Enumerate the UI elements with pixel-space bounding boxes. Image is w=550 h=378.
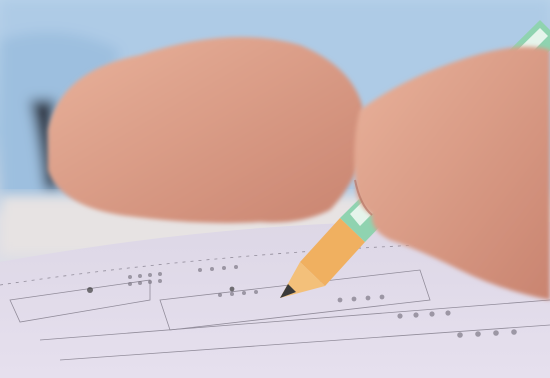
answer-sheet-photo <box>0 0 550 378</box>
photo-scene <box>0 0 550 378</box>
